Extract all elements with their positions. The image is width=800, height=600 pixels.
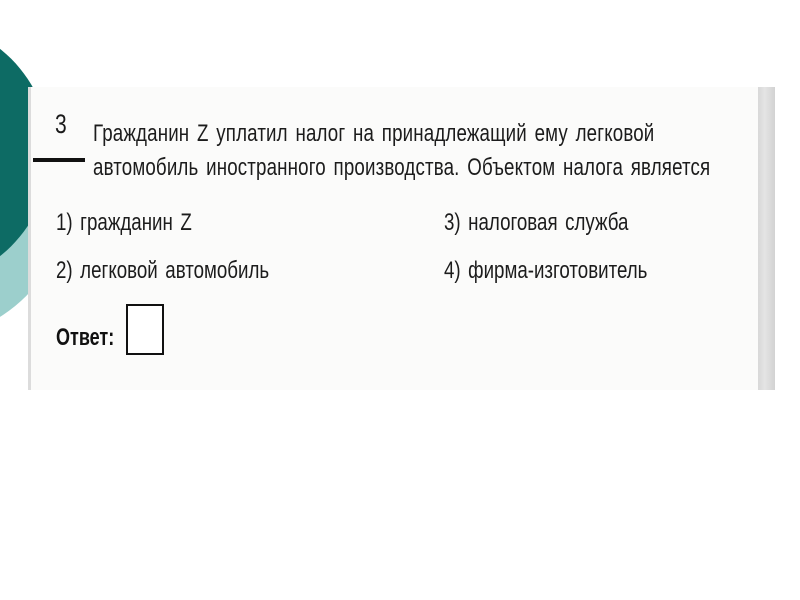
task-number: 3 [55, 109, 67, 140]
answer-box[interactable] [126, 304, 164, 355]
question-text: Гражданин Z уплатил налог на принадлежащ… [93, 117, 764, 185]
answer-option-3[interactable]: 3) налоговая служба [444, 209, 628, 237]
answer-option-1[interactable]: 1) гражданин Z [56, 209, 192, 237]
exam-task-scan: 3 Гражданин Z уплатил налог на принадлеж… [28, 87, 775, 390]
answer-label: Ответ: [56, 324, 114, 352]
answer-option-2[interactable]: 2) легковой автомобиль [56, 257, 269, 285]
answer-option-4[interactable]: 4) фирма-изготовитель [444, 257, 647, 285]
task-number-underline [33, 158, 85, 162]
